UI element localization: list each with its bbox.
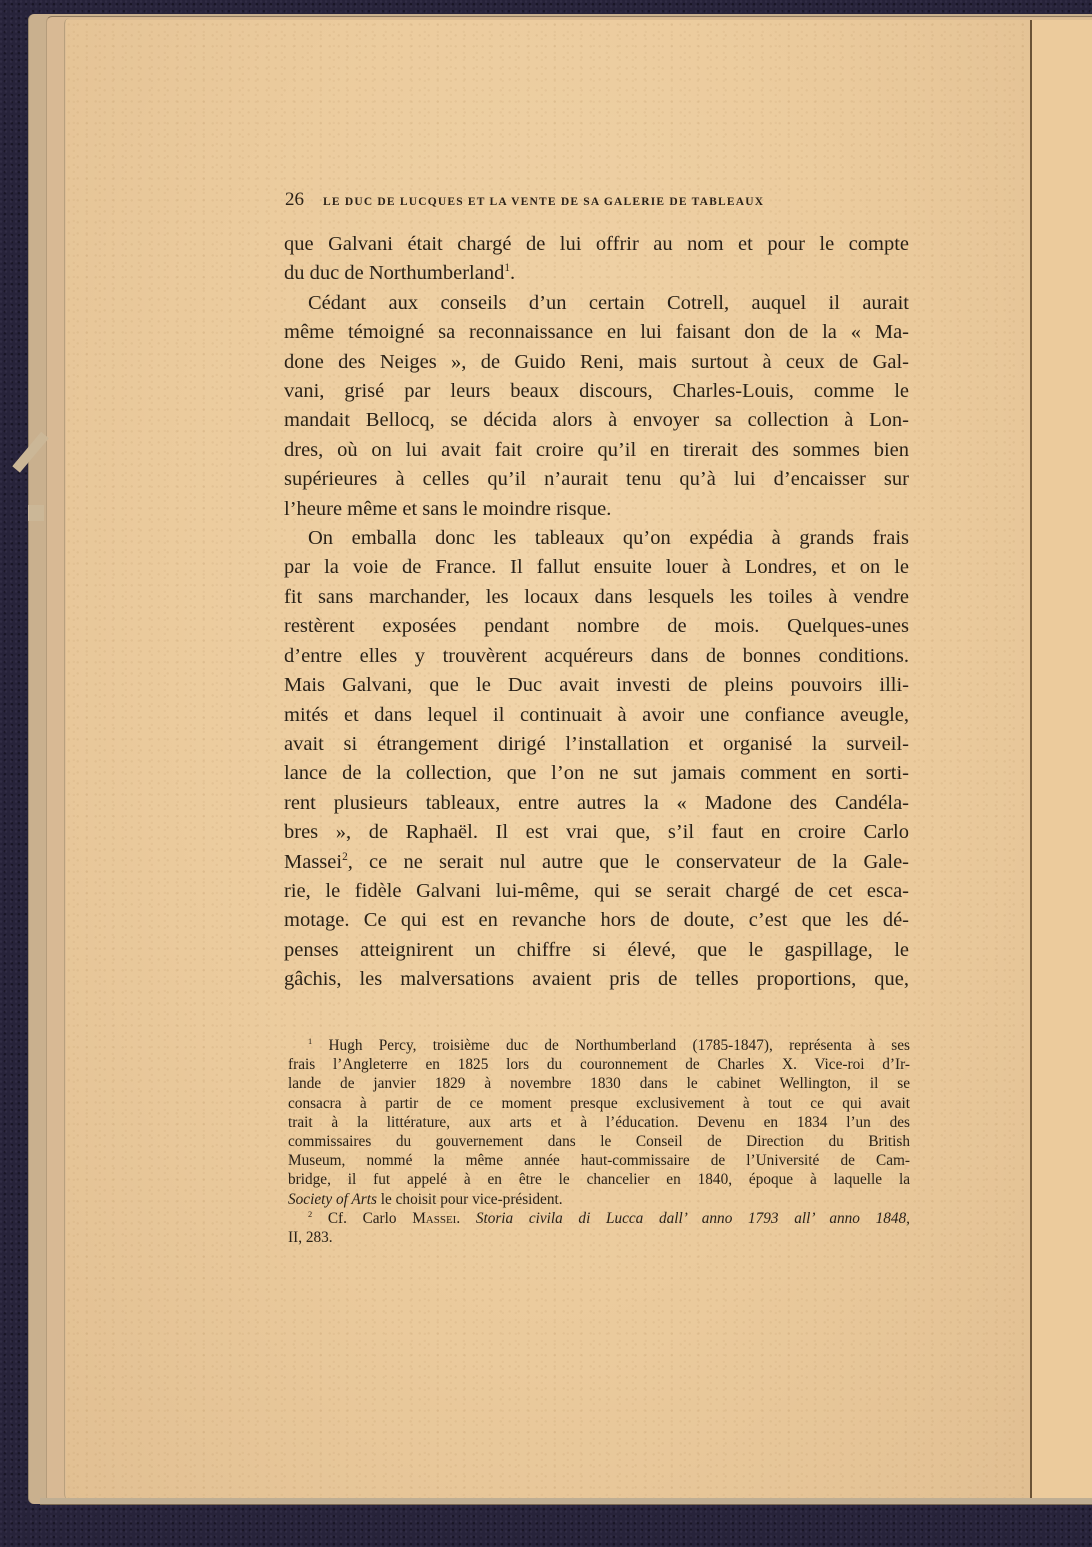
society-name: Society of Arts	[288, 1191, 377, 1208]
running-title: LE DUC DE LUCQUES ET LA VENTE DE SA GALE…	[323, 196, 910, 208]
text-line: rie, le fidèle Galvani lui-même, qui se …	[284, 877, 909, 906]
text-line: l’heure même et sans le moindre risque.	[284, 495, 909, 524]
torn-paper-notch	[28, 505, 44, 521]
text-line: même témoigné sa reconnaissance en lui f…	[284, 318, 909, 347]
footnote-line: bridge, il fut appelé à en être le chanc…	[288, 1170, 910, 1189]
footnote-line: 1 Hugh Percy, troisième duc de Northumbe…	[288, 1036, 910, 1055]
footnote-line: lande de janvier 1829 à novembre 1830 da…	[288, 1074, 910, 1093]
text-line: lance de la collection, que l’on ne sut …	[284, 759, 909, 788]
footnote-line: consacra à partir de ce moment presque e…	[288, 1094, 910, 1113]
text-line: mités et dans lequel il continuait à avo…	[284, 701, 909, 730]
footnote-line: Society of Arts le choisit pour vice-pré…	[288, 1190, 910, 1209]
footnote-line: II, 283.	[288, 1228, 910, 1247]
text-line: penses atteignirent un chiffre si élevé,…	[284, 936, 909, 965]
facing-page-edge	[1030, 20, 1092, 1498]
text-line: gâchis, les malversations avaient pris d…	[284, 965, 909, 994]
text-line: d’entre elles y trouvèrent acquéreurs da…	[284, 642, 909, 671]
footnote-line: Museum, nommé la même année haut-commiss…	[288, 1151, 910, 1170]
text-line: dres, où on lui avait fait croire qu’il …	[284, 436, 909, 465]
footnote-line: trait à la littérature, aux arts et à l’…	[288, 1113, 910, 1132]
text-line: rent plusieurs tableaux, entre autres la…	[284, 789, 909, 818]
text-line: motage. Ce qui est en revanche hors de d…	[284, 906, 909, 935]
author-name: Massei	[412, 1210, 456, 1227]
text-line: Mais Galvani, que le Duc avait investi d…	[284, 671, 909, 700]
footnote-1: 1 Hugh Percy, troisième duc de Northumbe…	[288, 1036, 910, 1209]
text-line: que Galvani était chargé de lui offrir a…	[284, 230, 909, 259]
text-line: done des Neiges », de Guido Reni, mais s…	[284, 348, 909, 377]
footnote-marker: 2	[308, 1210, 312, 1219]
footnote-marker: 1	[308, 1037, 312, 1046]
text-line: vani, grisé par leurs beaux discours, Ch…	[284, 377, 909, 406]
text-line: du duc de Northumberland1.	[284, 259, 909, 288]
cited-title: Storia civila di Lucca dall’ anno 1793 a…	[476, 1210, 910, 1227]
text-line: supérieures à celles qu’il n’aurait tenu…	[284, 465, 909, 494]
text-line: avait si étrangement dirigé l’installati…	[284, 730, 909, 759]
text-line: fit sans marchander, les locaux dans les…	[284, 583, 909, 612]
page-number: 26	[285, 189, 323, 211]
footnote-line: 2 Cf. Carlo Massei. Storia civila di Luc…	[288, 1209, 910, 1228]
text-line: restèrent exposées pendant nombre de moi…	[284, 612, 909, 641]
body-text: que Galvani était chargé de lui offrir a…	[284, 230, 909, 995]
footnote-line: commissaires du gouvernement dans le Con…	[288, 1132, 910, 1151]
running-header: 26 LE DUC DE LUCQUES ET LA VENTE DE SA G…	[285, 189, 910, 211]
footnote-line: frais l’Angleterre en 1825 lors du couro…	[288, 1055, 910, 1074]
footnotes: 1 Hugh Percy, troisième duc de Northumbe…	[288, 1036, 910, 1247]
text-line: bres », de Raphaël. Il est vrai que, s’i…	[284, 818, 909, 847]
text-line: On emballa donc les tableaux qu’on expéd…	[284, 524, 909, 553]
text-line: Cédant aux conseils d’un certain Cotrell…	[284, 289, 909, 318]
text-line: mandait Bellocq, se décida alors à envoy…	[284, 406, 909, 435]
text-line: par la voie de France. Il fallut ensuite…	[284, 553, 909, 582]
footnote-2: 2 Cf. Carlo Massei. Storia civila di Luc…	[288, 1209, 910, 1247]
page-bottom-edge	[40, 1498, 1092, 1505]
text-line: Massei2, ce ne serait nul autre que le c…	[284, 848, 909, 877]
